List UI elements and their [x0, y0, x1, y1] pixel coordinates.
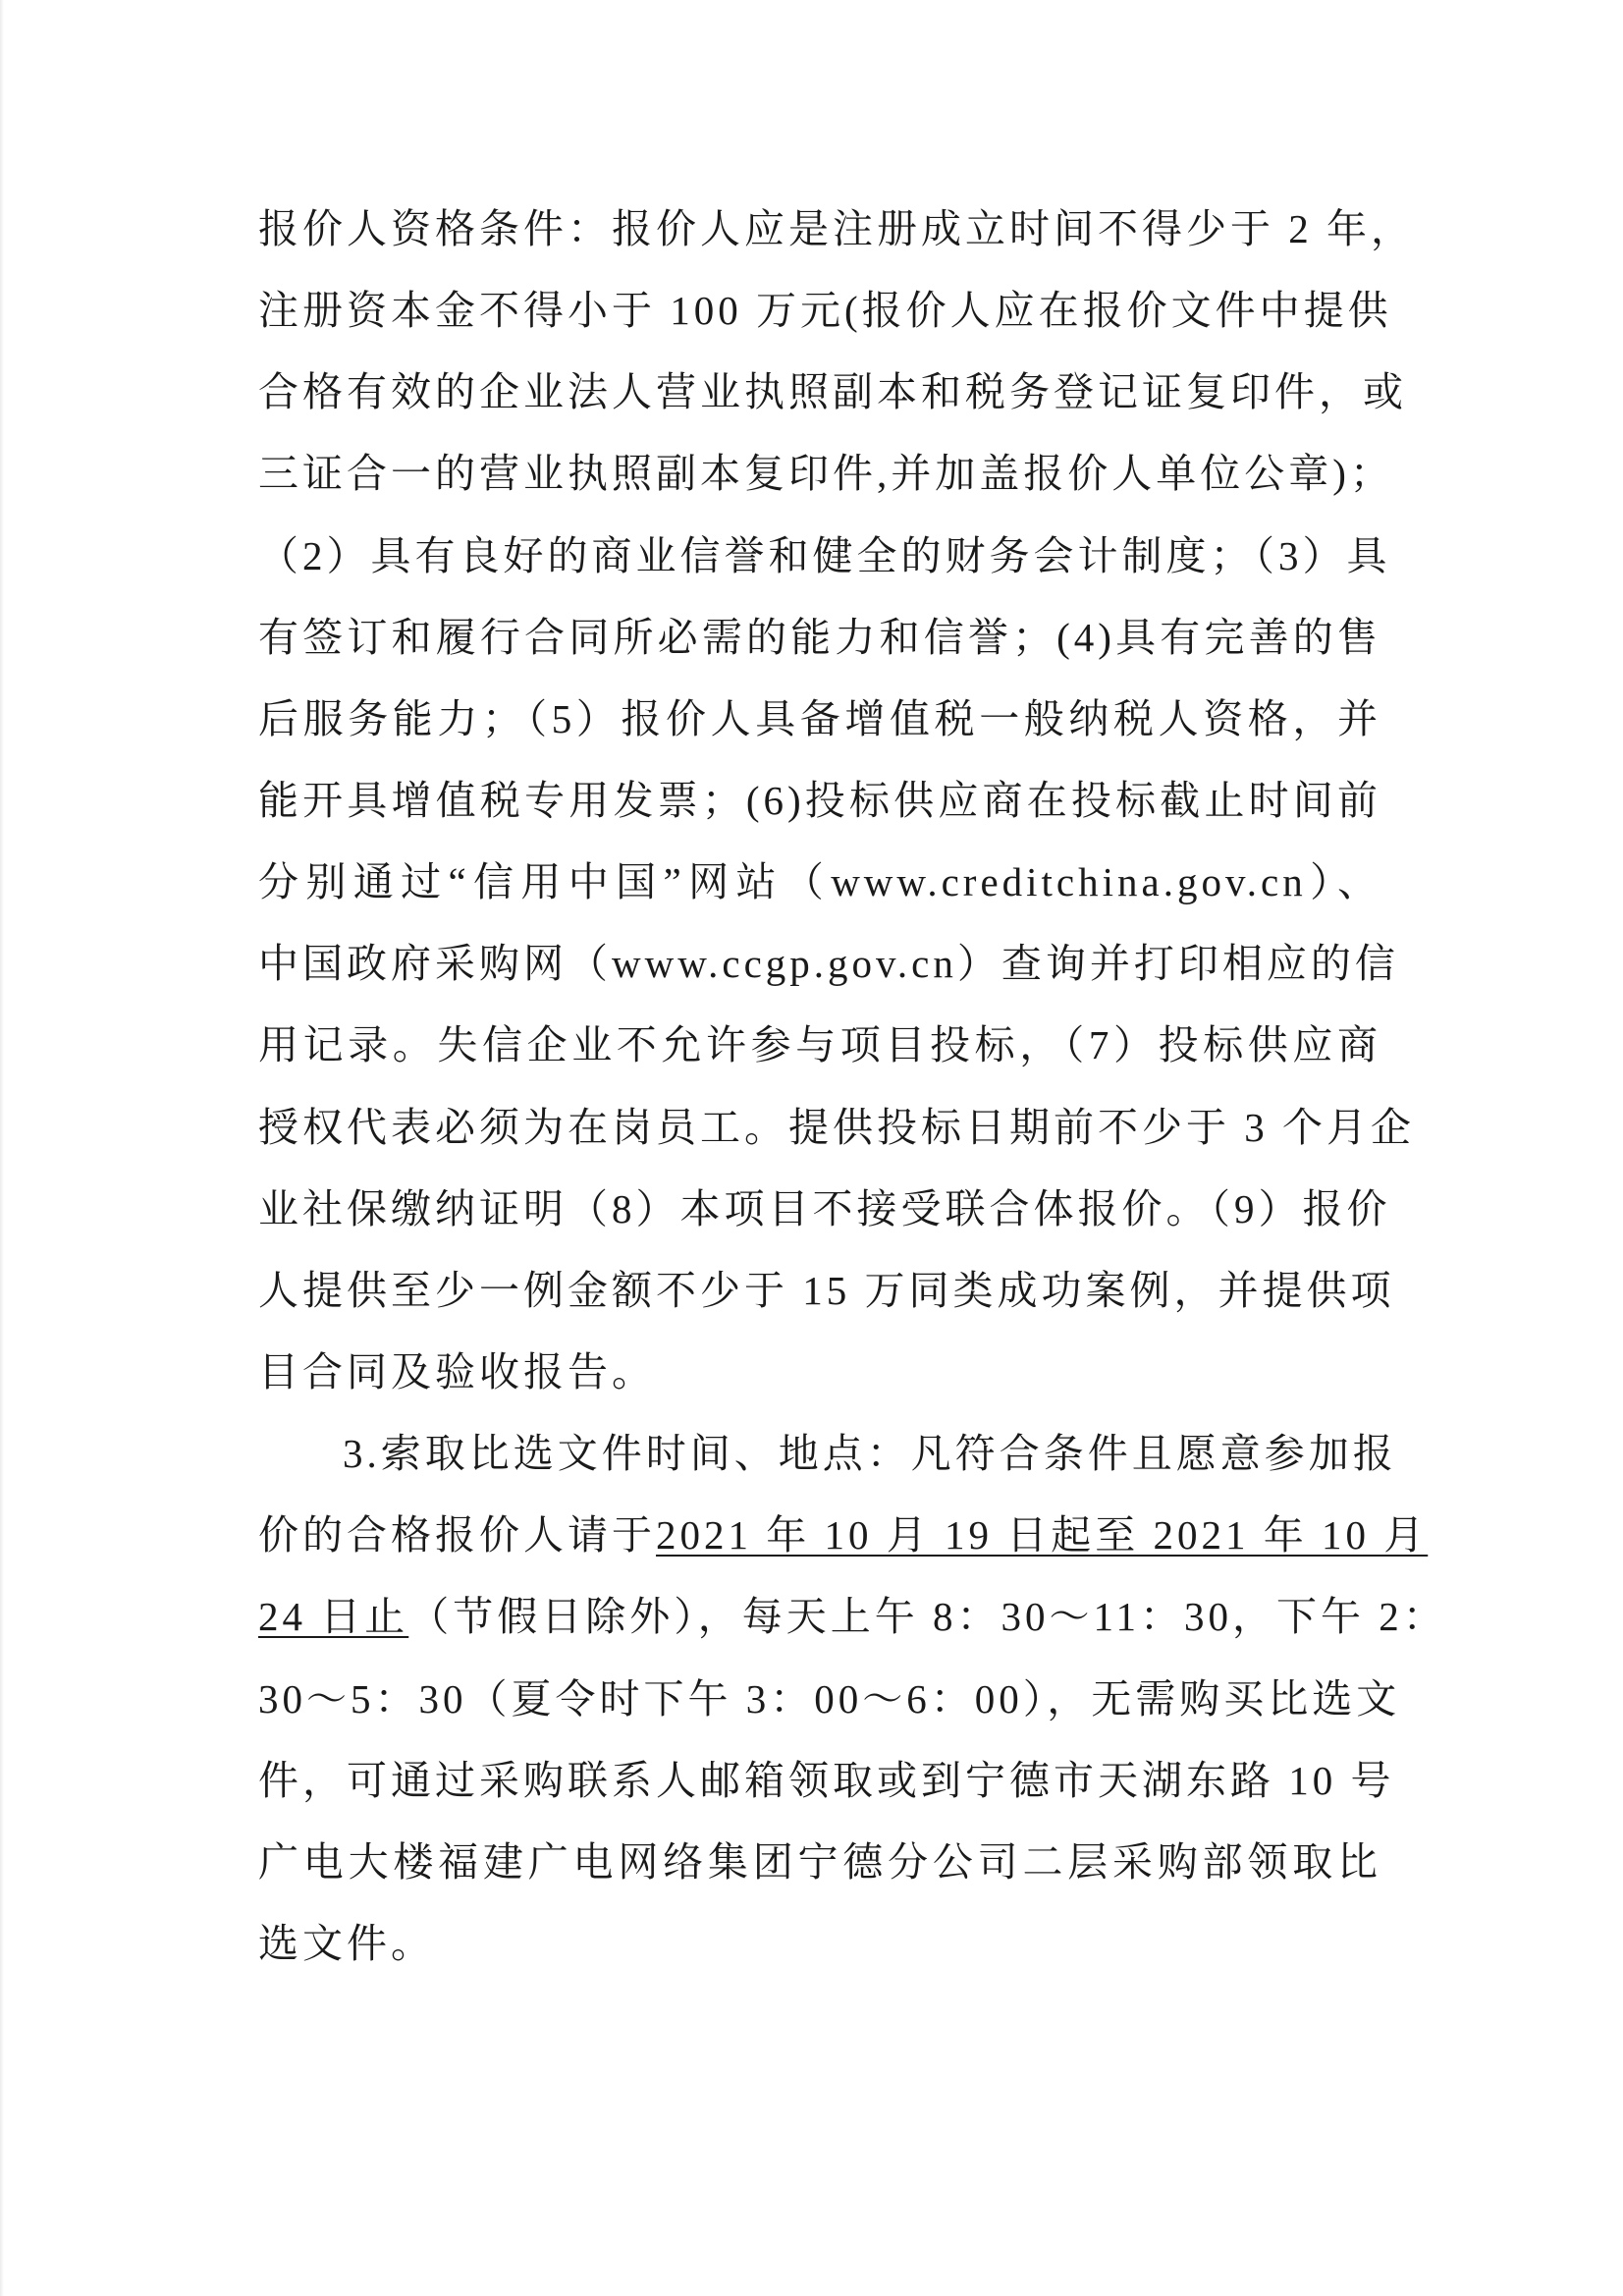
text-line: 人提供至少一例金额不少于 15 万同类成功案例，并提供项: [258, 1250, 1381, 1332]
text-line: 注册资本金不得小于 100 万元(报价人应在报价文件中提供: [258, 270, 1381, 352]
text-line: 三证合一的营业执照副本复印件,并加盖报价人单位公章)；: [258, 433, 1381, 515]
text-line: 后服务能力；（5）报价人具备增值税一般纳税人资格，并: [258, 679, 1381, 760]
document-page: 报价人资格条件：报价人应是注册成立时间不得少于 2 年， 注册资本金不得小于 1…: [0, 0, 1623, 2296]
text-line: 件，可通过采购联系人邮箱领取或到宁德市天湖东路 10 号: [258, 1740, 1381, 1822]
text-line: 业社保缴纳证明（8）本项目不接受联合体报价。（9）报价: [258, 1169, 1381, 1250]
text-line: 授权代表必须为在岗员工。提供投标日期前不少于 3 个月企: [258, 1087, 1381, 1169]
underlined-date-end: 24 日止: [258, 1594, 408, 1639]
text-line: 选文件。: [258, 1903, 1381, 1985]
text-line: 目合同及验收报告。: [258, 1332, 1381, 1413]
section-3-heading-line: 3.索取比选文件时间、地点：凡符合条件且愿意参加报: [258, 1413, 1381, 1495]
paragraph-qualifications: 报价人资格条件：报价人应是注册成立时间不得少于 2 年， 注册资本金不得小于 1…: [258, 189, 1381, 1413]
text-line: 24 日止（节假日除外），每天上午 8：30～11：30，下午 2：: [258, 1576, 1381, 1658]
underlined-date-range: 2021 年 10 月 19 日起至 2021 年 10 月: [656, 1512, 1428, 1558]
document-body: 报价人资格条件：报价人应是注册成立时间不得少于 2 年， 注册资本金不得小于 1…: [258, 189, 1381, 1985]
paragraph-document-collection: 3.索取比选文件时间、地点：凡符合条件且愿意参加报 价的合格报价人请于2021 …: [258, 1413, 1381, 1985]
text-line: 中国政府采购网（www.ccgp.gov.cn）查询并打印相应的信: [258, 923, 1381, 1005]
text-line: 广电大楼福建广电网络集团宁德分公司二层采购部领取比: [258, 1822, 1381, 1903]
text-line: 价的合格报价人请于2021 年 10 月 19 日起至 2021 年 10 月: [258, 1495, 1381, 1576]
text-line: 分别通过“信用中国”网站（www.creditchina.gov.cn）、: [258, 842, 1381, 923]
text-line: 能开具增值税专用发票；(6)投标供应商在投标截止时间前: [258, 760, 1381, 842]
text-segment: 价的合格报价人请于: [258, 1512, 656, 1558]
text-line: 报价人资格条件：报价人应是注册成立时间不得少于 2 年，: [258, 189, 1381, 270]
text-line: （2）具有良好的商业信誉和健全的财务会计制度；（3）具: [258, 516, 1381, 597]
text-line: 合格有效的企业法人营业执照副本和税务登记证复印件，或: [258, 352, 1381, 433]
scan-edge: [0, 0, 4, 2296]
text-line: 有签订和履行合同所必需的能力和信誉；(4)具有完善的售: [258, 597, 1381, 679]
text-line: 用记录。失信企业不允许参与项目投标，（7）投标供应商: [258, 1005, 1381, 1086]
text-line: 30～5：30（夏令时下午 3：00～6：00），无需购买比选文: [258, 1659, 1381, 1740]
text-segment: （节假日除外），每天上午 8：30～11：30，下午 2：: [408, 1594, 1446, 1639]
